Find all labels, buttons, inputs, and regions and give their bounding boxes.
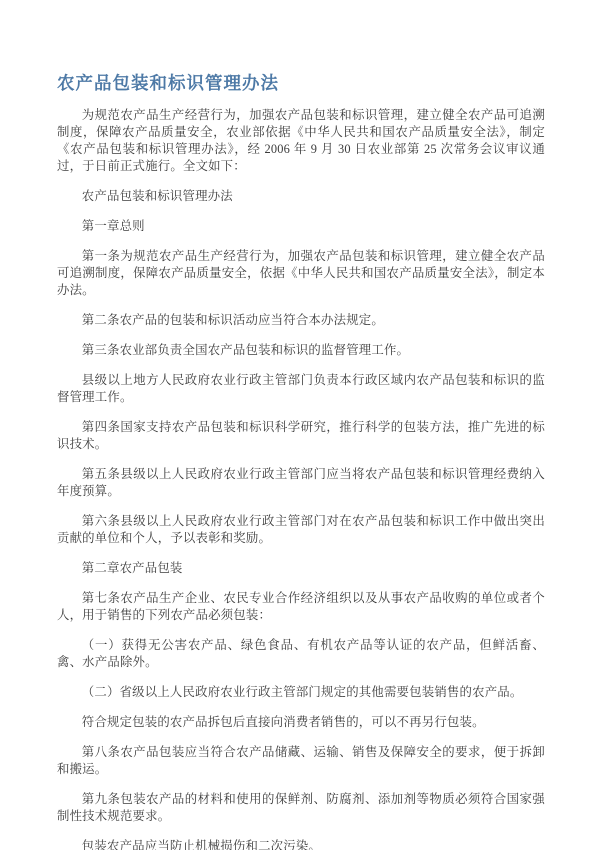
document-title: 农产品包装和标识管理办法: [57, 72, 545, 94]
paragraph: 第九条包装农产品的材料和使用的保鲜剂、防腐剂、添加剂等物质必须符合国家强制性技术…: [57, 791, 545, 825]
paragraph: 第八条农产品包装应当符合农产品储藏、运输、销售及保障安全的要求，便于拆卸和搬运。: [57, 744, 545, 778]
paragraph: 第四条国家支持农产品包装和标识科学研究，推行科学的包装方法，推广先进的标识技术。: [57, 419, 545, 453]
paragraph: 第一章总则: [57, 218, 545, 235]
paragraph: 第五条县级以上人民政府农业行政主管部门应当将农产品包装和标识管理经费纳入年度预算…: [57, 466, 545, 500]
paragraph: 第三条农业部负责全国农产品包装和标识的监督管理工作。: [57, 342, 545, 359]
paragraph: 符合规定包装的农产品拆包后直接向消费者销售的，可以不再另行包装。: [57, 714, 545, 731]
paragraph: 第七条农产品生产企业、农民专业合作经济组织以及从事农产品收购的单位或者个人，用于…: [57, 590, 545, 624]
paragraph: （一）获得无公害农产品、绿色食品、有机农产品等认证的农产品，但鲜活畜、禽、水产品…: [57, 637, 545, 671]
paragraph: 包装农产品应当防止机械损伤和二次污染。: [57, 838, 545, 850]
paragraph: 第六条县级以上人民政府农业行政主管部门对在农产品包装和标识工作中做出突出贡献的单…: [57, 513, 545, 547]
paragraph: 第二章农产品包装: [57, 560, 545, 577]
document-body: 为规范农产品生产经营行为，加强农产品包装和标识管理，建立健全农产品可追溯制度，保…: [57, 107, 545, 850]
paragraph: 第二条农产品的包装和标识活动应当符合本办法规定。: [57, 312, 545, 329]
document-page: 农产品包装和标识管理办法 为规范农产品生产经营行为，加强农产品包装和标识管理，建…: [0, 0, 600, 850]
paragraph: 农产品包装和标识管理办法: [57, 188, 545, 205]
paragraph: 为规范农产品生产经营行为，加强农产品包装和标识管理，建立健全农产品可追溯制度，保…: [57, 107, 545, 175]
paragraph: （二）省级以上人民政府农业行政主管部门规定的其他需要包装销售的农产品。: [57, 684, 545, 701]
paragraph: 县级以上地方人民政府农业行政主管部门负责本行政区域内农产品包装和标识的监督管理工…: [57, 372, 545, 406]
paragraph: 第一条为规范农产品生产经营行为，加强农产品包装和标识管理，建立健全农产品可追溯制…: [57, 248, 545, 299]
